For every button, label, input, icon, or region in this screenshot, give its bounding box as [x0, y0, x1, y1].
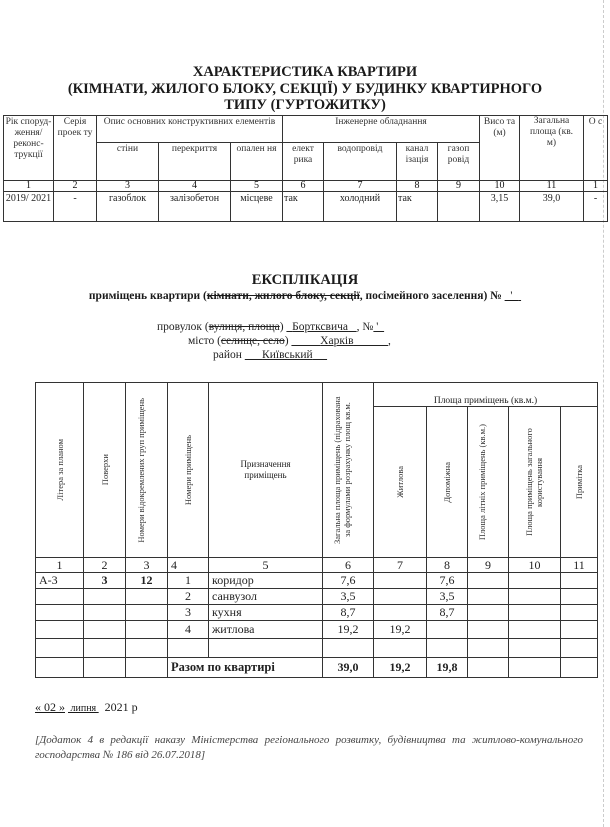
cell-purpose: житлова: [209, 621, 323, 639]
explication-subtitle: приміщень квартири (кімнати, жилого блок…: [0, 290, 610, 302]
street-no: ': [373, 321, 384, 333]
header-engineering-group: Інженерне обладнання: [283, 116, 480, 143]
col-num: 5: [231, 181, 283, 192]
header-gas: газоп ровід: [438, 143, 480, 181]
cell-room-no: 1: [168, 573, 209, 589]
header-water: водопровід: [324, 143, 397, 181]
date-year: 2021 р: [105, 700, 138, 714]
cell-total: 7,6: [323, 573, 374, 589]
value-water: холодний: [324, 192, 397, 222]
col-num: 9: [438, 181, 480, 192]
apartment-number: ': [505, 290, 519, 302]
value-year: 2019/ 2021: [4, 192, 54, 222]
col-num: 11: [561, 558, 598, 573]
subtitle-prefix: приміщень квартири (: [89, 290, 207, 302]
col-num: 10: [509, 558, 561, 573]
header-walls: стіни: [97, 143, 159, 181]
street-type: провулок (: [157, 321, 209, 333]
col-num: 10: [480, 181, 520, 192]
header-heating: опален ня: [231, 143, 283, 181]
street-struck: вулиця, площа: [209, 321, 280, 333]
cell-total: 19,2: [323, 621, 374, 639]
cell-total: 8,7: [323, 605, 374, 621]
table-row-total: Разом по квартирі 39,0 19,2 19,8: [36, 658, 598, 678]
header-note: Примітка: [574, 465, 584, 499]
cell-purpose: санвузол: [209, 589, 323, 605]
value-sewer: так: [397, 192, 438, 222]
value-extra: -: [584, 192, 608, 222]
col-num: 7: [374, 558, 427, 573]
cell-room-no: 2: [168, 589, 209, 605]
col-num: 9: [468, 558, 509, 573]
header-letter: Літера за планом: [55, 439, 65, 501]
col-num: 4: [168, 558, 209, 573]
table-row: 2 санвузол 3,5 3,5: [36, 589, 598, 605]
total-aux: 19,8: [427, 658, 468, 678]
value-gas: [438, 192, 480, 222]
table-row: 4 житлова 19,2 19,2: [36, 621, 598, 639]
col-num: 8: [397, 181, 438, 192]
column-numbers-row: 1 2 3 4 5 6 7 8 9 10 11 1: [4, 181, 608, 192]
cell-aux: 3,5: [427, 589, 468, 605]
city-line: місто (селище, село) Харків ,: [188, 334, 391, 348]
cell-living: [374, 605, 427, 621]
col-num: 1: [36, 558, 84, 573]
header-electricity: елект рика: [283, 143, 324, 181]
city-type: місто (: [188, 335, 221, 347]
col-num: 11: [520, 181, 584, 192]
city-name: Харків: [320, 335, 353, 347]
cell-total: 3,5: [323, 589, 374, 605]
header-summer: Площа літніх приміщень (кв.м.): [477, 424, 499, 540]
header-auxiliary: Допоміжна: [442, 462, 452, 503]
city-close: ): [285, 335, 289, 347]
value-walls: газоблок: [97, 192, 159, 222]
cell-living: [374, 589, 427, 605]
characteristics-title-1: ХАРАКТЕРИСТИКА КВАРТИРИ: [0, 64, 610, 81]
col-num: 1: [584, 181, 608, 192]
value-total-area: 39,0: [520, 192, 584, 222]
cell-purpose: коридор: [209, 573, 323, 589]
header-group-numbers: Номери відокремлених груп приміщень: [136, 398, 158, 543]
date-day: 02: [41, 700, 59, 714]
rooms-column-numbers: 1 2 3 4 5 6 7 8 9 10 11: [36, 558, 598, 573]
cell-purpose: кухня: [209, 605, 323, 621]
col-num: 7: [324, 181, 397, 192]
city-struck: селище, село: [221, 335, 285, 347]
header-area-group: Площа приміщень (кв.м.): [374, 383, 598, 407]
cell-aux: 8,7: [427, 605, 468, 621]
cell-letter: А-3: [36, 573, 84, 589]
col-num: 2: [84, 558, 126, 573]
table-row-empty: [36, 639, 598, 658]
footnote: [Додаток 4 в редакції наказу Міністерств…: [35, 733, 583, 763]
cell-living: [374, 573, 427, 589]
col-num: 1: [4, 181, 54, 192]
header-sewer: канал ізація: [397, 143, 438, 181]
total-living: 19,2: [374, 658, 427, 678]
header-floors: Поверхи: [100, 454, 110, 485]
document-date: « 02 » липня 2021 р: [35, 700, 138, 715]
header-extra: О с: [584, 116, 608, 181]
col-num: 4: [159, 181, 231, 192]
cell-floor: 3: [84, 573, 126, 589]
street-line: провулок (вулиця, площа) Бортксвича , № …: [157, 320, 384, 334]
header-room-numbers: Номери приміщень: [183, 435, 193, 505]
value-height: 3,15: [480, 192, 520, 222]
value-floors: залізобетон: [159, 192, 231, 222]
date-close-quote: »: [59, 700, 65, 714]
col-num: 6: [323, 558, 374, 573]
value-heating: місцеве: [231, 192, 283, 222]
characteristics-title-3: ТИПУ (ГУРТОЖИТКУ): [0, 97, 610, 114]
header-series: Серія проек ту: [54, 116, 97, 181]
characteristics-title-2: (КІМНАТИ, ЖИЛОГО БЛОКУ, СЕКЦІЇ) У БУДИНК…: [0, 81, 610, 98]
col-num: 8: [427, 558, 468, 573]
total-label: Разом по квартирі: [168, 658, 323, 678]
cell-room-no: 4: [168, 621, 209, 639]
total-area: 39,0: [323, 658, 374, 678]
street-name: Бортксвича: [292, 321, 348, 333]
explication-title: ЕКСПЛІКАЦІЯ: [0, 272, 610, 289]
header-year: Рік споруд-ження/ реконс-трукції: [4, 116, 54, 181]
subtitle-suffix: , посімейного заселення) №: [360, 290, 502, 302]
table-row: А-3 3 12 1 коридор 7,6 7,6: [36, 573, 598, 589]
header-floors: перекриття: [159, 143, 231, 181]
header-total-area: Загальна площа приміщень (підрахована за…: [332, 395, 364, 545]
header-height: Висо та (м): [480, 116, 520, 181]
cell-group: 12: [126, 573, 168, 589]
value-electricity: так: [283, 192, 324, 222]
header-living: Житлова: [395, 466, 405, 498]
district-line: район Київський: [213, 348, 327, 362]
value-series: -: [54, 192, 97, 222]
cell-room-no: 3: [168, 605, 209, 621]
characteristics-values-row: 2019/ 2021 - газоблок залізобетон місцев…: [4, 192, 608, 222]
subtitle-struck: кімнати, жилого блоку, секції: [207, 290, 360, 302]
rooms-table: Літера за планом Поверхи Номери відокрем…: [35, 382, 598, 678]
header-common: Площа приміщень загального користування: [524, 407, 546, 557]
district-label: район: [213, 349, 242, 361]
col-num: 6: [283, 181, 324, 192]
header-total-area: Загальна площа (кв. м): [520, 116, 584, 181]
col-num: 5: [209, 558, 323, 573]
col-num: 2: [54, 181, 97, 192]
cell-living: 19,2: [374, 621, 427, 639]
characteristics-table: Рік споруд-ження/ реконс-трукції Серія п…: [3, 115, 608, 222]
col-num: 3: [97, 181, 159, 192]
header-elements-group: Опис основних конструктивних елементів: [97, 116, 283, 143]
street-close: ): [280, 321, 284, 333]
header-purpose: Призначення приміщень: [209, 383, 323, 558]
date-month: липня: [68, 703, 99, 714]
cell-aux: [427, 621, 468, 639]
cell-aux: 7,6: [427, 573, 468, 589]
district-name: Київський: [262, 349, 313, 361]
table-row: 3 кухня 8,7 8,7: [36, 605, 598, 621]
col-num: 3: [126, 558, 168, 573]
street-no-label: , №: [357, 321, 374, 333]
